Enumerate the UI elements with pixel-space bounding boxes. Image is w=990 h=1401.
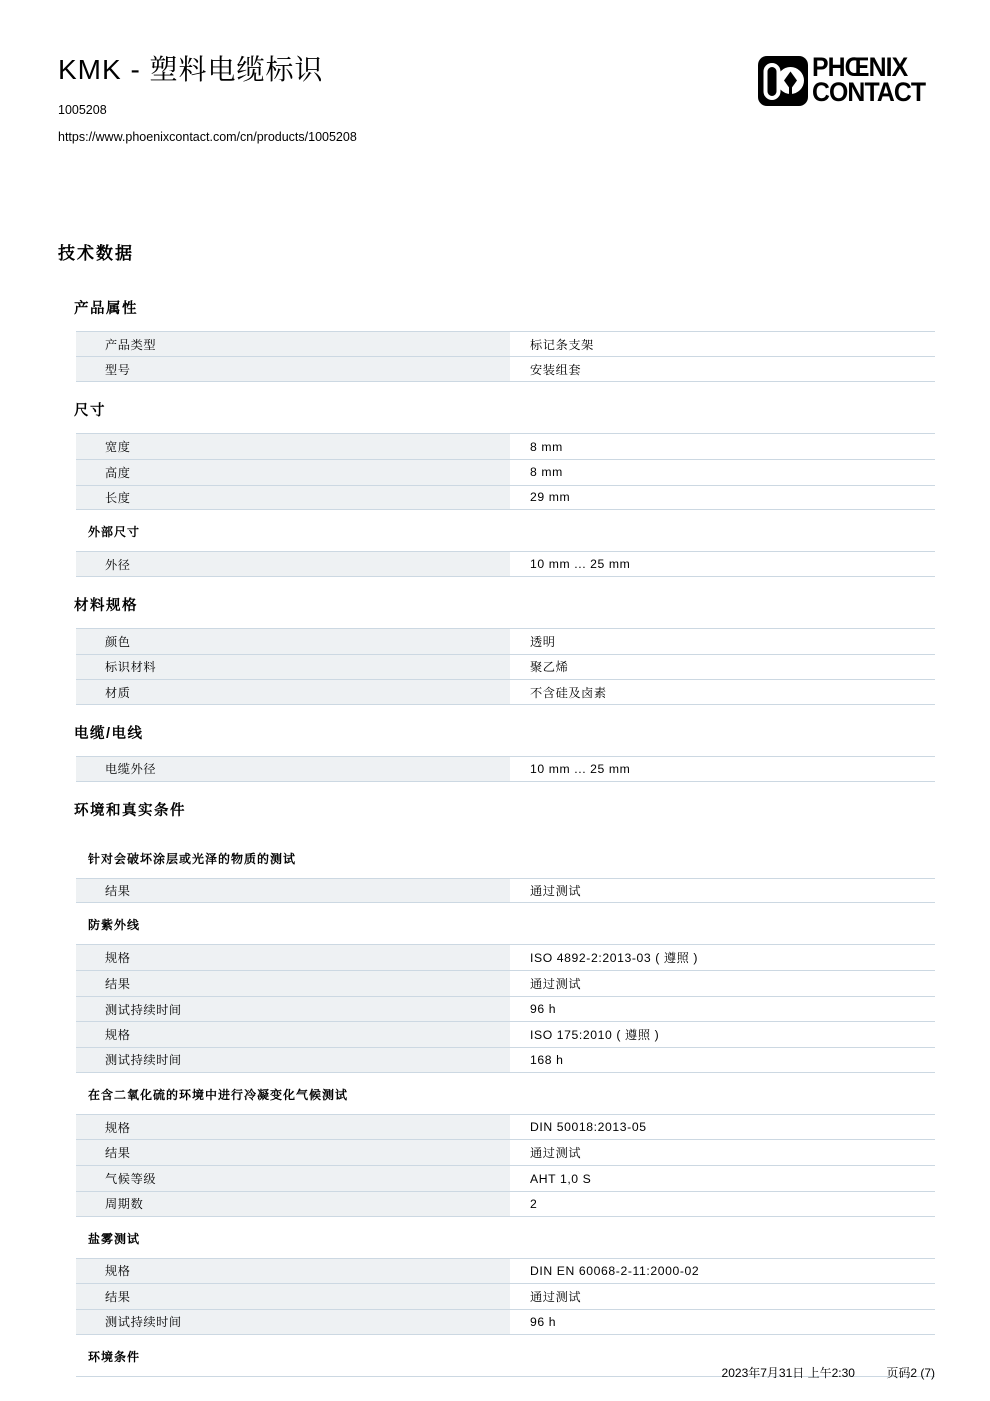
article-number: 1005208 xyxy=(58,103,357,117)
group-heading: 在含二氧化硫的环境中进行冷凝变化气候测试 xyxy=(88,1086,935,1103)
spec-label: 高度 xyxy=(76,460,510,485)
datasheet-page: KMK - 塑料电缆标识 1005208 https://www.phoenix… xyxy=(0,0,990,1401)
spec-label: 外径 xyxy=(76,552,510,576)
header-text-block: KMK - 塑料电缆标识 1005208 https://www.phoenix… xyxy=(58,55,357,146)
phoenix-contact-logo: PHŒNIX CONTACT xyxy=(757,55,935,107)
spec-row: 结果通过测试 xyxy=(76,970,935,996)
spec-label: 电缆外径 xyxy=(76,757,510,781)
spec-row: 外径10 mm ... 25 mm xyxy=(76,551,935,577)
group-heading: 盐雾测试 xyxy=(88,1230,935,1247)
spec-label: 型号 xyxy=(76,357,510,381)
spec-label: 规格 xyxy=(76,1259,510,1284)
spec-value: 通过测试 xyxy=(510,971,935,996)
technical-data-heading: 技术数据 xyxy=(58,239,990,264)
spec-section: 材料规格颜色透明标识材料聚乙烯材质不含硅及卤素 xyxy=(0,594,990,705)
spec-row: 规格DIN 50018:2013-05 xyxy=(76,1114,935,1140)
spec-label: 结果 xyxy=(76,971,510,996)
section-title: 材料规格 xyxy=(74,594,935,615)
spec-value: 标记条支架 xyxy=(510,332,935,357)
spec-value: 96 h xyxy=(510,997,935,1022)
spec-table: 规格ISO 4892-2:2013-03 ( 遵照 )结果通过测试测试持续时间9… xyxy=(76,944,935,1072)
spec-value: 10 mm ... 25 mm xyxy=(510,757,935,781)
spec-value: 96 h xyxy=(510,1310,935,1334)
spec-value: 通过测试 xyxy=(510,879,935,903)
spec-row: 测试持续时间96 h xyxy=(76,1309,935,1335)
spec-label: 规格 xyxy=(76,1115,510,1140)
spec-label: 材质 xyxy=(76,680,510,704)
group-heading: 防紫外线 xyxy=(88,916,935,933)
spec-table: 宽度8 mm高度8 mm长度29 mm xyxy=(76,433,935,510)
sections: 产品属性产品类型标记条支架型号安装组套尺寸宽度8 mm高度8 mm长度29 mm… xyxy=(0,297,990,1377)
spec-row: 电缆外径10 mm ... 25 mm xyxy=(76,756,935,782)
spec-label: 结果 xyxy=(76,1140,510,1165)
spec-row: 规格DIN EN 60068-2-11:2000-02 xyxy=(76,1258,935,1284)
spec-table: 产品类型标记条支架型号安装组套 xyxy=(76,331,935,382)
spec-value: 8 mm xyxy=(510,460,935,485)
spec-label: 测试持续时间 xyxy=(76,1310,510,1334)
spec-value: DIN EN 60068-2-11:2000-02 xyxy=(510,1259,935,1284)
spec-row: 规格ISO 4892-2:2013-03 ( 遵照 ) xyxy=(76,944,935,970)
spec-value: 聚乙烯 xyxy=(510,655,935,680)
section-title: 环境和真实条件 xyxy=(74,799,935,820)
spec-row: 型号安装组套 xyxy=(76,356,935,382)
page-title: KMK - 塑料电缆标识 xyxy=(58,55,357,86)
spec-section: 环境和真实条件针对会破坏涂层或光泽的物质的测试结果通过测试防紫外线规格ISO 4… xyxy=(0,799,990,1377)
spec-table: 结果通过测试 xyxy=(76,878,935,904)
spec-value: 通过测试 xyxy=(510,1140,935,1165)
spec-section: 产品属性产品类型标记条支架型号安装组套 xyxy=(0,297,990,382)
spec-row: 标识材料聚乙烯 xyxy=(76,654,935,680)
spec-value: ISO 4892-2:2013-03 ( 遵照 ) xyxy=(510,945,935,970)
spec-value: 不含硅及卤素 xyxy=(510,680,935,704)
spec-row: 高度8 mm xyxy=(76,459,935,485)
spec-row: 结果通过测试 xyxy=(76,1283,935,1309)
spec-value: 透明 xyxy=(510,629,935,654)
spec-value: 10 mm ... 25 mm xyxy=(510,552,935,576)
group-heading: 环境条件 xyxy=(88,1348,935,1365)
spec-section: 电缆/电线电缆外径10 mm ... 25 mm xyxy=(0,722,990,782)
technical-data: 技术数据 产品属性产品类型标记条支架型号安装组套尺寸宽度8 mm高度8 mm长度… xyxy=(0,239,990,1377)
spec-row: 结果通过测试 xyxy=(76,1139,935,1165)
group-heading: 外部尺寸 xyxy=(88,523,935,540)
spec-label: 结果 xyxy=(76,1284,510,1309)
spec-label: 长度 xyxy=(76,486,510,510)
spec-row: 材质不含硅及卤素 xyxy=(76,679,935,705)
spec-value: 168 h xyxy=(510,1048,935,1072)
logo-line2: CONTACT xyxy=(812,80,925,105)
spec-label: 宽度 xyxy=(76,434,510,459)
spec-label: 规格 xyxy=(76,1022,510,1047)
spec-label: 测试持续时间 xyxy=(76,1048,510,1072)
spec-label: 气候等级 xyxy=(76,1166,510,1191)
spec-row: 规格ISO 175:2010 ( 遵照 ) xyxy=(76,1021,935,1047)
section-title: 产品属性 xyxy=(74,297,935,318)
group-heading: 针对会破坏涂层或光泽的物质的测试 xyxy=(88,850,935,867)
spec-row: 周期数2 xyxy=(76,1191,935,1217)
spec-label: 产品类型 xyxy=(76,332,510,357)
spec-label: 标识材料 xyxy=(76,655,510,680)
section-title: 电缆/电线 xyxy=(74,722,935,743)
spec-table: 规格DIN 50018:2013-05结果通过测试气候等级AHT 1,0 S周期… xyxy=(76,1114,935,1217)
logo-wordmark: PHŒNIX CONTACT xyxy=(812,55,925,105)
product-url-link[interactable]: https://www.phoenixcontact.com/cn/produc… xyxy=(58,130,357,144)
spec-label: 周期数 xyxy=(76,1192,510,1216)
spec-row: 宽度8 mm xyxy=(76,433,935,459)
spec-label: 结果 xyxy=(76,879,510,903)
page-header: KMK - 塑料电缆标识 1005208 https://www.phoenix… xyxy=(0,0,990,146)
spec-value: 8 mm xyxy=(510,434,935,459)
spec-table: 颜色透明标识材料聚乙烯材质不含硅及卤素 xyxy=(76,628,935,705)
spec-value: DIN 50018:2013-05 xyxy=(510,1115,935,1140)
spec-table: 电缆外径10 mm ... 25 mm xyxy=(76,756,935,782)
spec-table: 外径10 mm ... 25 mm xyxy=(76,551,935,577)
spec-row: 气候等级AHT 1,0 S xyxy=(76,1165,935,1191)
spec-value: 安装组套 xyxy=(510,357,935,381)
spec-section: 尺寸宽度8 mm高度8 mm长度29 mm外部尺寸外径10 mm ... 25 … xyxy=(0,399,990,577)
spec-row: 测试持续时间168 h xyxy=(76,1047,935,1073)
spec-row: 颜色透明 xyxy=(76,628,935,654)
spec-label: 规格 xyxy=(76,945,510,970)
spec-value: AHT 1,0 S xyxy=(510,1166,935,1191)
footer-datetime: 2023年7月31日 上午2:30 xyxy=(722,1366,855,1380)
spec-label: 颜色 xyxy=(76,629,510,654)
spec-table: 规格DIN EN 60068-2-11:2000-02结果通过测试测试持续时间9… xyxy=(76,1258,935,1335)
spec-label: 测试持续时间 xyxy=(76,997,510,1022)
spec-row: 产品类型标记条支架 xyxy=(76,331,935,357)
page-footer: 2023年7月31日 上午2:30 页码2 (7) xyxy=(722,1364,935,1381)
footer-page-number: 页码2 (7) xyxy=(886,1366,935,1380)
section-title: 尺寸 xyxy=(74,399,935,420)
spec-value: ISO 175:2010 ( 遵照 ) xyxy=(510,1022,935,1047)
spec-row: 长度29 mm xyxy=(76,485,935,511)
spec-value: 2 xyxy=(510,1192,935,1216)
spec-value: 通过测试 xyxy=(510,1284,935,1309)
spec-row: 结果通过测试 xyxy=(76,878,935,904)
phoenix-contact-connector-icon xyxy=(757,55,809,107)
spec-value: 29 mm xyxy=(510,486,935,510)
spec-row: 测试持续时间96 h xyxy=(76,996,935,1022)
